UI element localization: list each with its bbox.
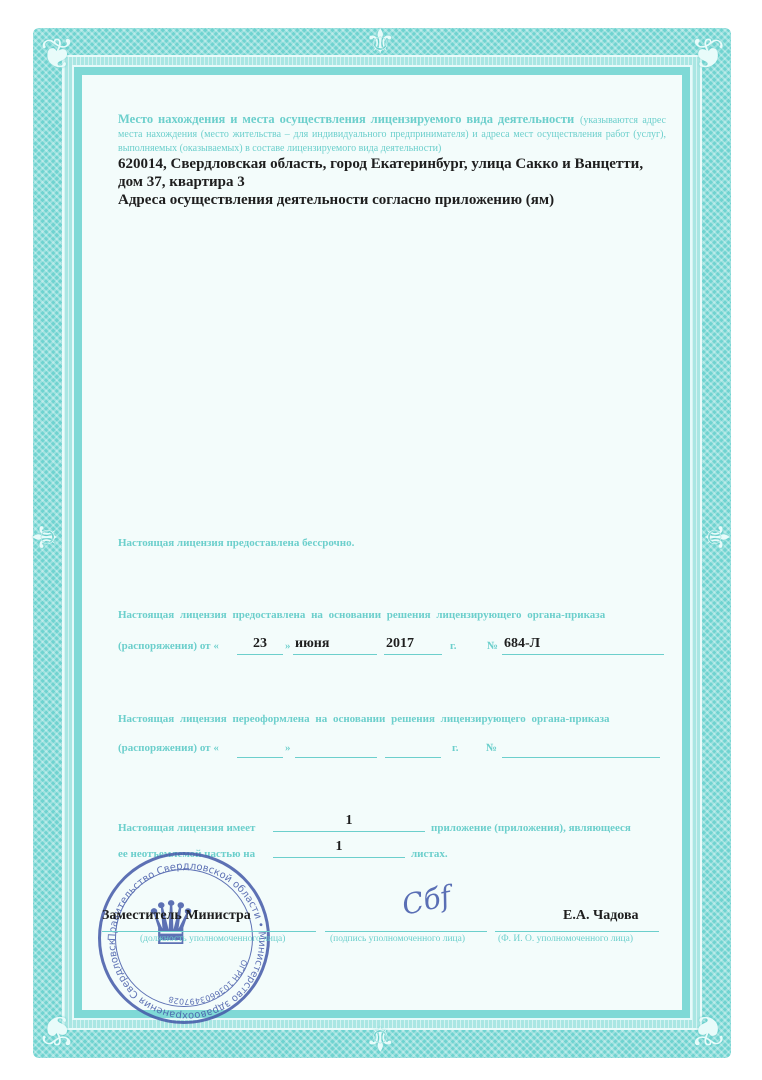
reissued-day <box>237 739 283 758</box>
caption-name: (Ф. И. О. уполномоченного лица) <box>498 934 633 944</box>
granted-month: июня <box>293 636 377 655</box>
caption-signature: (подпись уполномоченного лица) <box>330 934 465 944</box>
appendix-sheets: 1 <box>273 839 405 858</box>
appendix-count: 1 <box>273 813 425 832</box>
fleur-de-lis-icon: ⚜ <box>365 1020 395 1054</box>
reissued-year <box>385 739 441 758</box>
reissued-basis-line: Настоящая лицензия переоформлена на осно… <box>118 713 666 725</box>
granted-quote-close: » <box>285 640 291 652</box>
granted-year: 2017 <box>384 636 442 655</box>
reissued-year-suffix: г. <box>452 742 459 754</box>
fleur-de-lis-icon: ⚜ <box>698 522 732 552</box>
appendix-text-end: приложение (приложения), являющееся <box>431 822 631 834</box>
signatory-name: Е.А. Чадова <box>563 908 639 924</box>
fleur-de-lis-icon: ⚜ <box>30 522 64 552</box>
address-block: 620014, Свердловская область, город Екат… <box>118 155 678 209</box>
address-line-3: Адреса осуществления деятельности соглас… <box>118 191 678 209</box>
granted-number: 684-Л <box>502 636 664 655</box>
license-term: Настоящая лицензия предоставлена бессроч… <box>118 537 354 549</box>
reissued-month <box>295 739 377 758</box>
caption-position: (должность уполномоченного лица) <box>140 934 285 944</box>
granted-number-label: № <box>487 640 498 652</box>
granted-prefix: (распоряжения) от « <box>118 640 219 652</box>
section-header: Место нахождения и места осуществления л… <box>118 113 666 155</box>
reissued-quote-close: » <box>285 742 291 754</box>
appendix-line2-end: листах. <box>411 848 448 860</box>
corner-ornament-icon: ❦ <box>690 1008 725 1050</box>
granted-day: 23 <box>237 636 283 655</box>
fleur-de-lis-icon: ⚜ <box>365 26 395 60</box>
address-line-2: дом 37, квартира 3 <box>118 173 678 191</box>
appendix-text-start: Настоящая лицензия имеет <box>118 822 255 834</box>
reissued-prefix: (распоряжения) от « <box>118 742 219 754</box>
address-line-1: 620014, Свердловская область, город Екат… <box>118 155 678 173</box>
granted-basis-line: Настоящая лицензия предоставлена на осно… <box>118 609 666 621</box>
corner-ornament-icon: ❦ <box>40 34 75 76</box>
signatory-position: Заместитель Министра <box>102 908 251 924</box>
section-title: Место нахождения и места осуществления л… <box>118 112 574 126</box>
reissued-number <box>502 739 660 758</box>
granted-year-suffix: г. <box>450 640 457 652</box>
corner-ornament-icon: ❦ <box>690 34 725 76</box>
corner-ornament-icon: ❦ <box>40 1008 75 1050</box>
reissued-number-label: № <box>486 742 497 754</box>
